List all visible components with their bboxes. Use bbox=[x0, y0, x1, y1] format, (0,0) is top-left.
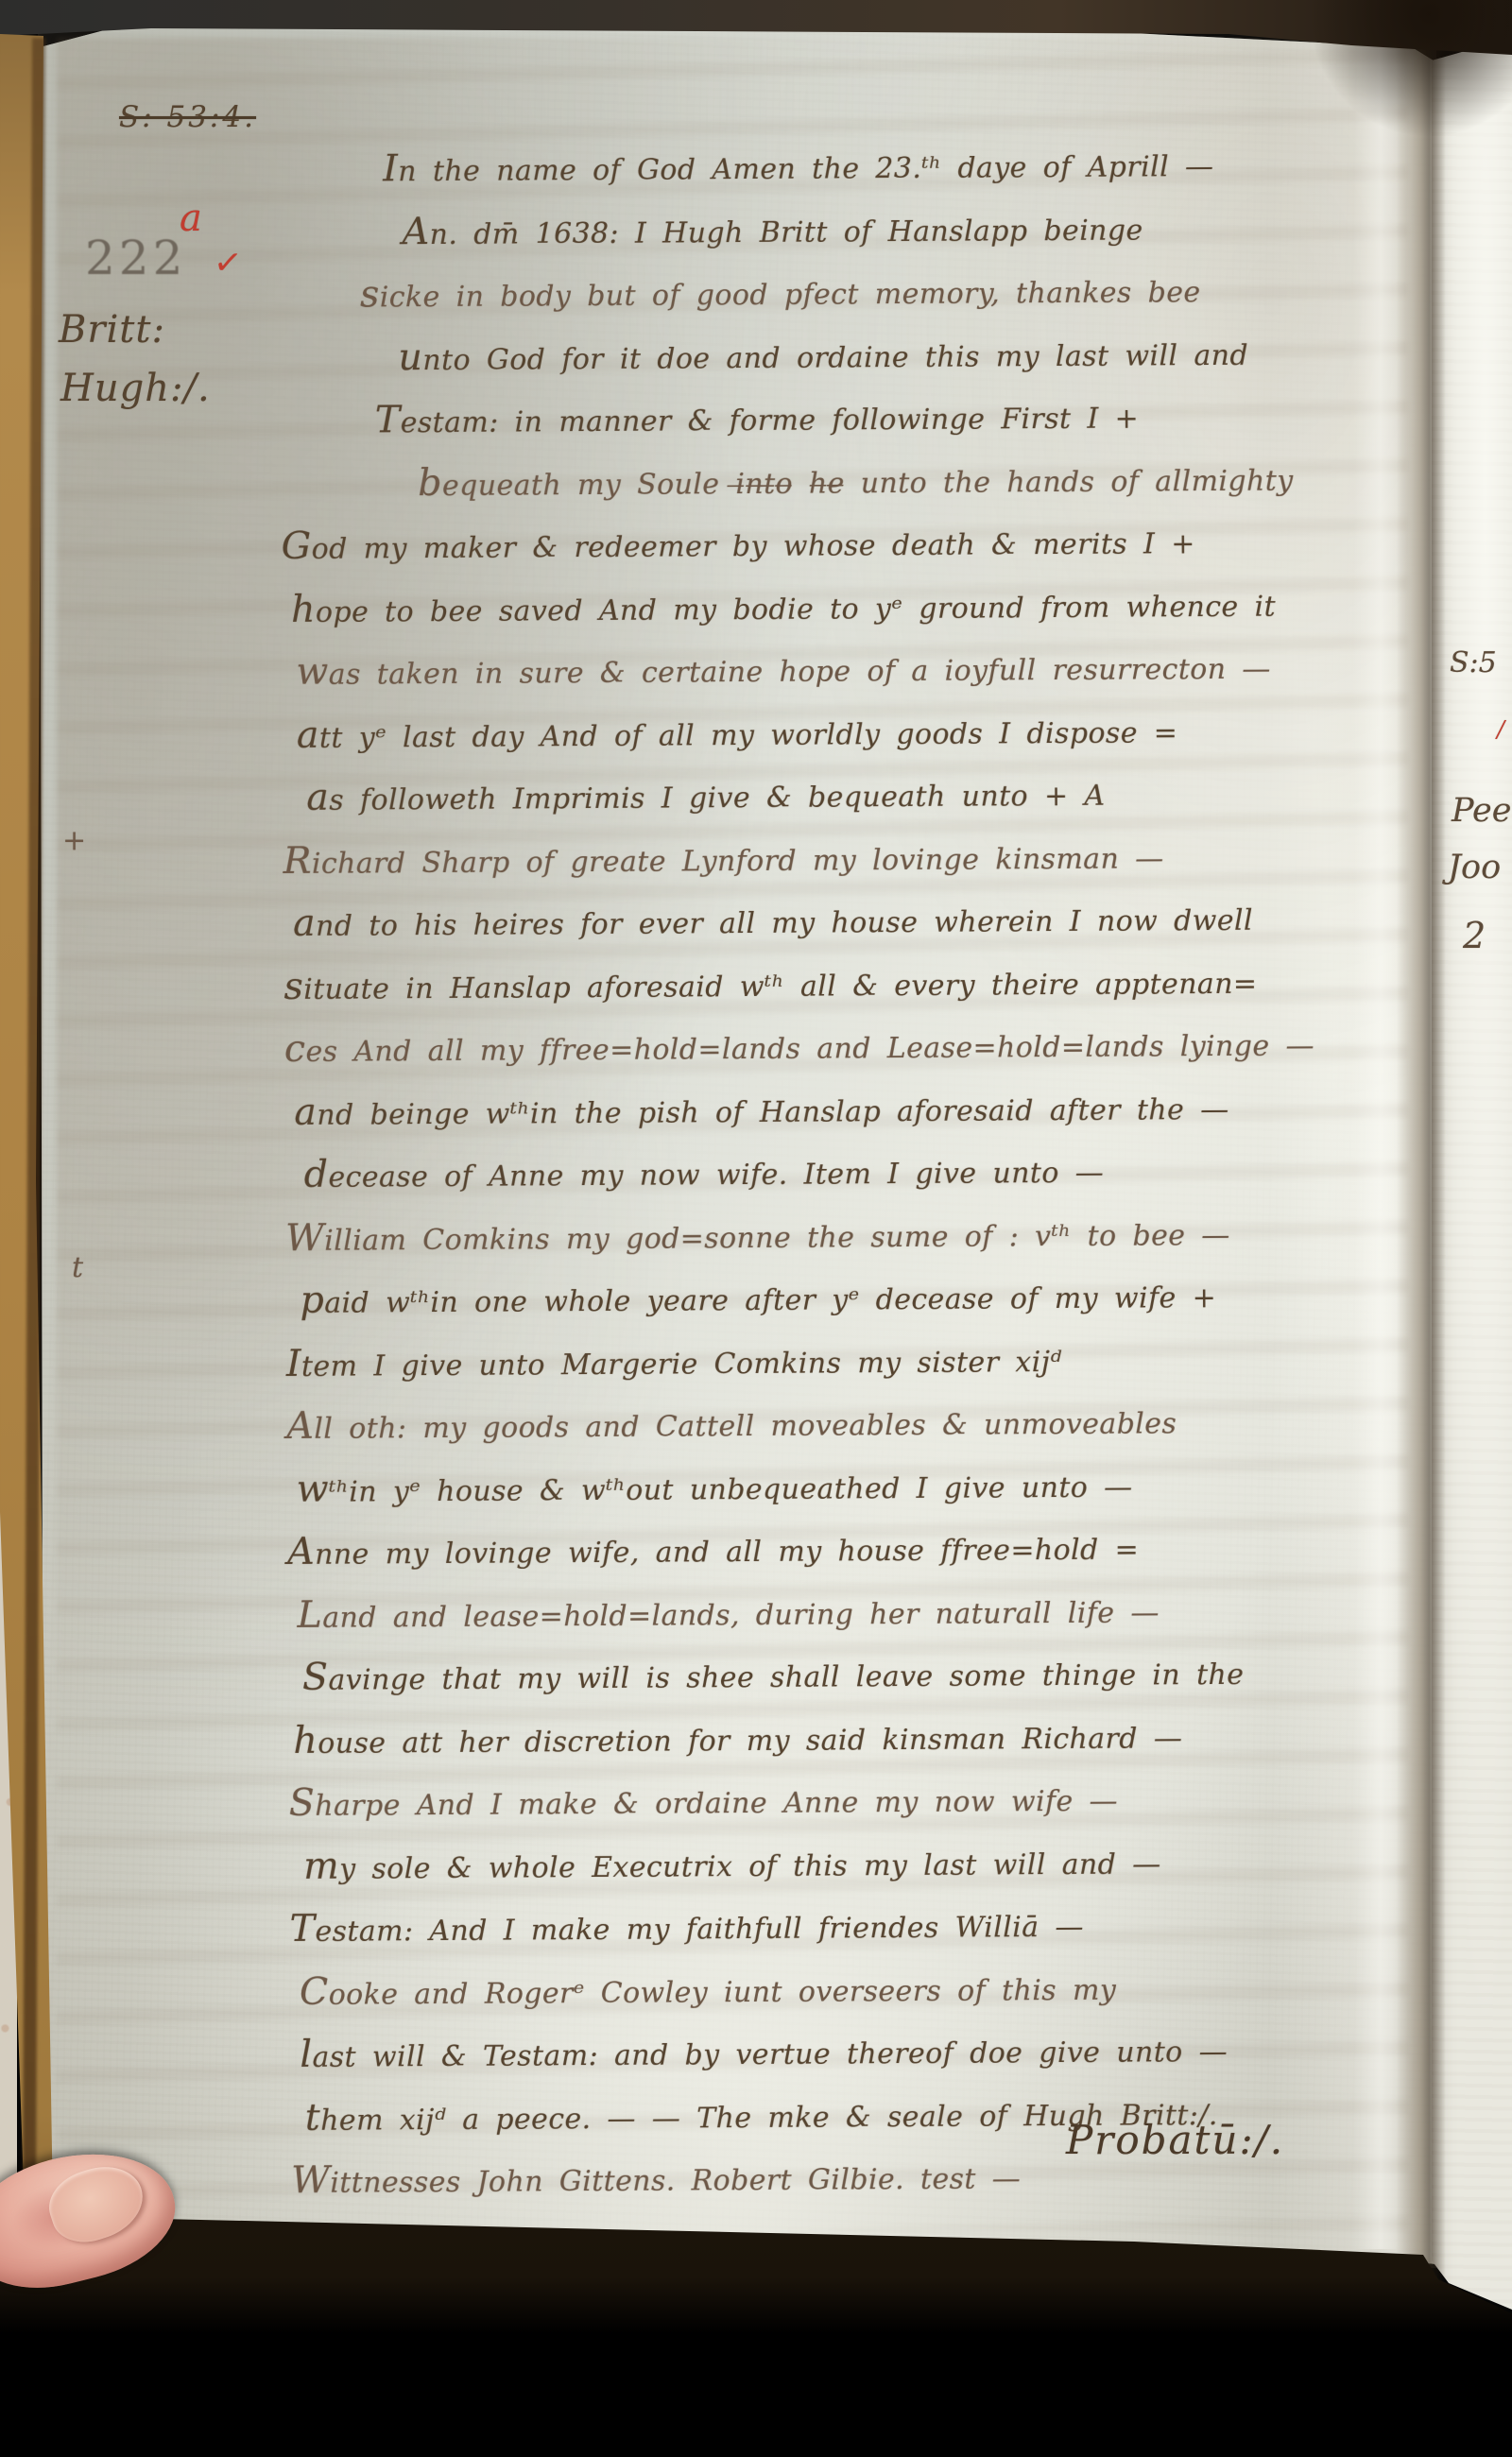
manuscript-line: Land and lease=hold=lands, during her na… bbox=[287, 1578, 1426, 1648]
manuscript-line: Testam: in manner & forme followinge Fir… bbox=[281, 385, 1419, 455]
margin-surname: Britt: bbox=[59, 308, 165, 352]
adjacent-page-fragment: Pee bbox=[1452, 792, 1511, 830]
manuscript-line: unto God for it doe and ordaine this my … bbox=[280, 321, 1418, 391]
manuscript-line: Anne my lovinge wife, and all my house f… bbox=[287, 1516, 1426, 1586]
probate-note: Probatū:/. bbox=[1066, 2117, 1284, 2163]
manuscript-line: my sole & whole Executrix of this my las… bbox=[289, 1830, 1428, 1899]
book-top-fold-shadow bbox=[1304, 0, 1512, 142]
manuscript-line: Testam: And I make my faithfull friendes… bbox=[289, 1893, 1428, 1963]
adjacent-page-fragment: 2 bbox=[1463, 915, 1486, 956]
will-text-block: In the name of God Amen the 23.ᵗʰ daye o… bbox=[279, 133, 1430, 2214]
manuscript-photo: S: 53:4. a 222 ✓ Britt: Hugh:/. + t In t… bbox=[0, 0, 1512, 2457]
manuscript-line: Sharpe And I make & ordaine Anne my now … bbox=[289, 1767, 1428, 1837]
manuscript-line: Savinge that my will is shee shall leave… bbox=[288, 1641, 1427, 1711]
manuscript-line: paid wᵗʰin one whole yeare after yᵉ dece… bbox=[285, 1264, 1424, 1334]
manuscript-line: Cooke and Rogerᵉ Cowley iunt overseers o… bbox=[290, 1955, 1429, 2025]
manuscript-line: wᵗʰin yᵉ house & wᵗʰout unbequeathed I g… bbox=[287, 1452, 1426, 1522]
manuscript-line: ces And all my ffree=hold=lands and Leas… bbox=[284, 1013, 1423, 1083]
manuscript-line: William Comkins my god=sonne the sume of… bbox=[285, 1201, 1424, 1271]
manuscript-line: last will & Testam: and by vertue thereo… bbox=[290, 2019, 1429, 2088]
manuscript-line: att yᵉ last day And of all my worldly go… bbox=[283, 698, 1421, 768]
red-check-mark: ✓ bbox=[212, 243, 244, 284]
manuscript-line: was taken in sure & certaine hope of a i… bbox=[282, 636, 1420, 706]
adjacent-page-fragment: Joo bbox=[1448, 849, 1501, 886]
manuscript-line: Item I give unto Margerie Comkins my sis… bbox=[286, 1327, 1425, 1397]
margin-cross-mark: + bbox=[62, 824, 86, 857]
manuscript-line: In the name of God Amen the 23.ᵗʰ daye o… bbox=[279, 133, 1417, 203]
manuscript-line: situate in Hanslap aforesaid wᵗʰ all & e… bbox=[283, 950, 1422, 1020]
margin-tick-mark: t bbox=[72, 1251, 83, 1284]
manuscript-line: All oth: my goods and Cattell moveables … bbox=[286, 1390, 1425, 1460]
manuscript-line: house att her discretion for my said kin… bbox=[288, 1704, 1427, 1774]
manuscript-line: sicke in body but of good pfect memory, … bbox=[280, 259, 1418, 329]
pencil-folio-number: 222 bbox=[85, 231, 186, 285]
manuscript-line: An. dm̄ 1638: I Hugh Britt of Hanslapp b… bbox=[279, 196, 1417, 266]
manuscript-line: Richard Sharp of greate Lynford my lovin… bbox=[283, 824, 1421, 894]
adjacent-page-reference: S:5 bbox=[1450, 646, 1497, 679]
manuscript-line: bequeath my Soule i̶n̶t̶o̶ h̶e̶ unto the… bbox=[281, 447, 1419, 517]
struck-reference-number: S: 53:4. bbox=[119, 100, 256, 134]
margin-forename: Hugh:/. bbox=[60, 367, 211, 410]
manuscript-line: and to his heires for ever all my house … bbox=[283, 887, 1422, 957]
manuscript-line: God my maker & redeemer by whose death &… bbox=[281, 510, 1419, 580]
adjacent-page-red-mark: / bbox=[1497, 716, 1504, 743]
manuscript-line: as followeth Imprimis I give & bequeath … bbox=[283, 762, 1421, 832]
manuscript-line: hope to bee saved And my bodie to yᵉ gro… bbox=[282, 573, 1420, 643]
manuscript-line: decease of Anne my now wife. Item I give… bbox=[284, 1139, 1423, 1209]
manuscript-line: and beinge wᵗʰin the pish of Hanslap afo… bbox=[284, 1075, 1423, 1145]
